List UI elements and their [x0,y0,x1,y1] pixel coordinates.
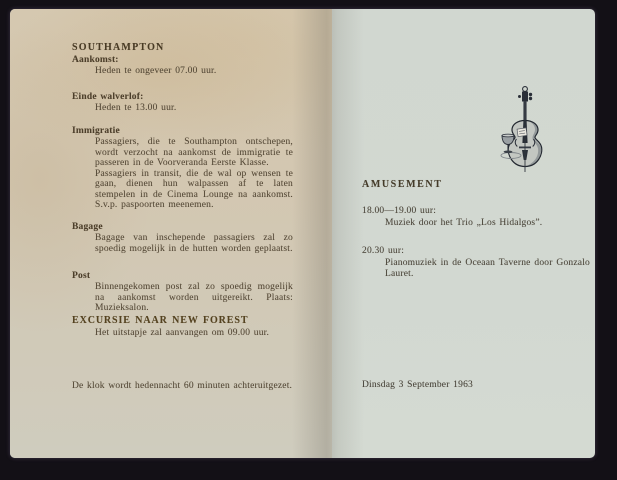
excursion-text: Het uitstapje zal aanvangen om 09.00 uur… [95,328,269,339]
event-time-1: 18.00—19.00 uur: [362,206,436,217]
double-bass-icon [498,85,550,173]
section-label-bagage: Bagage [72,222,103,233]
event-time-2: 20.30 uur: [362,246,404,257]
bagage-paragraph: Bagage van inschepende passagiers zal zo… [95,233,293,254]
clock-footnote: De klok wordt hedennacht 60 minuten acht… [72,381,292,392]
excursion-title: EXCURSIE NAAR NEW FOREST [72,316,248,327]
immigratie-paragraph-1: Passagiers, die te Southampton ontschepe… [95,137,293,169]
section-label-einde-walverlof: Einde walverlof: [72,92,143,103]
section-label-aankomst: Aankomst: [72,55,119,66]
section-label-immigratie: Immigratie [72,126,120,137]
event-description-2-text: Pianomuziek in de Oceaan Taverne door Go… [385,258,590,279]
event-description-1: Muziek door het Trio „Los Hidalgos”. [385,218,585,229]
double-bass-illustration [498,85,550,173]
date-line: Dinsdag 3 September 1963 [362,380,473,391]
section-text-einde-walverlof: Heden te 13.00 uur. [95,103,176,114]
page-title-southampton: SOUTHAMPTON [72,43,164,54]
section-paragraphs-immigratie: Passagiers, die te Southampton ontschepe… [95,137,293,211]
section-label-post: Post [72,271,90,282]
post-paragraph: Binnengekomen post zal zo spoedig mogeli… [95,282,293,314]
event-description-2: Pianomuziek in de Oceaan Taverne door Go… [385,258,590,279]
section-paragraphs-bagage: Bagage van inschepende passagiers zal zo… [95,233,293,254]
immigratie-paragraph-2: Passagiers in transit, die de wal op wen… [95,169,293,211]
section-paragraphs-post: Binnengekomen post zal zo spoedig mogeli… [95,282,293,314]
section-text-aankomst: Heden te ongeveer 07.00 uur. [95,66,216,77]
amusement-title: AMUSEMENT [362,180,443,191]
program-card: SOUTHAMPTON Aankomst: Heden te ongeveer … [10,9,595,458]
